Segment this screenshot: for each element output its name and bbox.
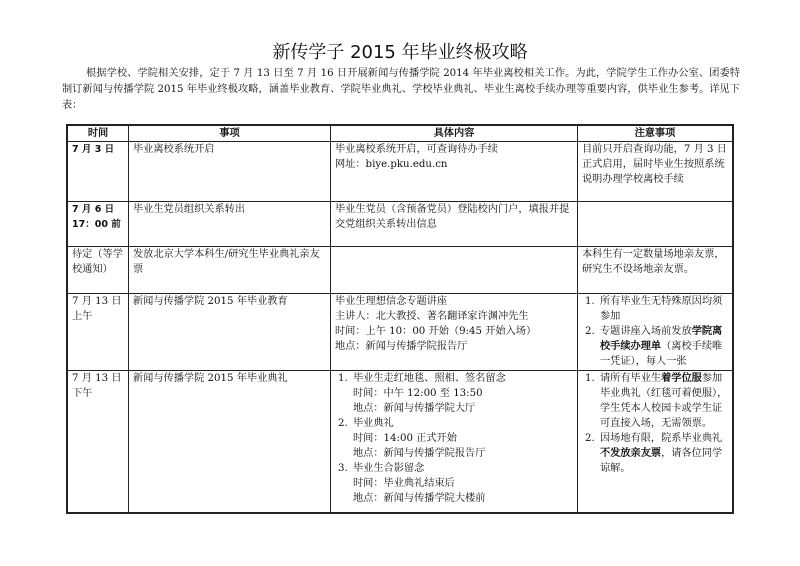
header-notes: 注意事项 [578, 125, 734, 142]
note-item: 专题讲座入场前发放学院离校手续办理单（离校手续唯一凭证），每人一张 [598, 324, 728, 369]
row-notes [578, 202, 734, 247]
header-time: 时间 [67, 125, 129, 142]
row-item: 新闻与传播学院 2015 年毕业典礼 [129, 371, 331, 513]
schedule-table: 时间 事项 具体内容 注意事项 7 月 3 日 毕业离校系统开启 毕业离校系统开… [66, 124, 734, 514]
table-row: 7 月 13 日 上午 新闻与传播学院 2015 年毕业教育 毕业生理想信念专题… [67, 294, 733, 371]
row-content: 毕业离校系统开启，可查询待办手续 网址：biye.pku.edu.cn [331, 142, 578, 202]
row-notes: 目前只开启查询功能，7 月 3 日正式启用，届时毕业生按照系统说明办理学校离校手… [578, 142, 734, 202]
row-item: 毕业生党员组织关系转出 [129, 202, 331, 247]
table-row: 7 月 13 日 下午 新闻与传播学院 2015 年毕业典礼 毕业生走红地毯、照… [67, 371, 733, 513]
note-item: 所有毕业生无特殊原因均须参加 [598, 294, 728, 324]
row-notes: 本科生有一定数量场地亲友票，研究生不设场地亲友票。 [578, 247, 734, 294]
row-content: 毕业生走红地毯、照相、签名留念 时间：中午 12:00 至 13:50 地点：新… [331, 371, 578, 513]
row-content: 毕业生理想信念专题讲座 主讲人：北大教授、著名翻译家许渊冲先生 时间：上午 10… [331, 294, 578, 371]
content-line: 时间：上午 10：00 开始（9:45 开始入场） [335, 324, 573, 339]
content-line: 地点：新闻与传播学院报告厅 [335, 339, 573, 354]
row-item: 新闻与传播学院 2015 年毕业教育 [129, 294, 331, 371]
row-content: 毕业生党员（含预备党员）登陆校内门户，填报并提交党组织关系转出信息 [331, 202, 578, 247]
content-line: 毕业生理想信念专题讲座 [335, 294, 573, 309]
content-item: 毕业生合影留念 时间：毕业典礼结束后 地点：新闻与传播学院大楼前 [351, 461, 573, 506]
row-item: 发放北京大学本科生/研究生毕业典礼亲友票 [129, 247, 331, 294]
row-item: 毕业离校系统开启 [129, 142, 331, 202]
header-content: 具体内容 [331, 125, 578, 142]
row-time: 待定（等学校通知） [67, 247, 129, 294]
row-time: 7 月 6 日 17：00 前 [67, 202, 129, 247]
note-item: 因场地有限，院系毕业典礼不发放亲友票，请各位同学谅解。 [598, 431, 728, 476]
table-row: 待定（等学校通知） 发放北京大学本科生/研究生毕业典礼亲友票 本科生有一定数量场… [67, 247, 733, 294]
content-line: 主讲人：北大教授、著名翻译家许渊冲先生 [335, 309, 573, 324]
intro-paragraph: 根据学校、学院相关安排，定于 7 月 13 日至 7 月 16 日开展新闻与传播… [62, 66, 740, 114]
table-row: 7 月 3 日 毕业离校系统开启 毕业离校系统开启，可查询待办手续 网址：biy… [67, 142, 733, 202]
document-title: 新传学子 2015 年毕业终极攻略 [0, 38, 800, 64]
row-notes: 请所有毕业生着学位服参加毕业典礼（红毯可着便服），学生凭本人校园卡或学生证可直接… [578, 371, 734, 513]
content-line: 毕业离校系统开启，可查询待办手续 [335, 142, 573, 157]
note-item: 请所有毕业生着学位服参加毕业典礼（红毯可着便服），学生凭本人校园卡或学生证可直接… [598, 371, 728, 431]
content-item: 毕业生走红地毯、照相、签名留念 时间：中午 12:00 至 13:50 地点：新… [351, 371, 573, 416]
row-time: 7 月 13 日 下午 [67, 371, 129, 513]
row-time: 7 月 13 日 上午 [67, 294, 129, 371]
content-item: 毕业典礼 时间：14:00 正式开始 地点：新闻与传播学院报告厅 [351, 416, 573, 461]
row-time: 7 月 3 日 [67, 142, 129, 202]
table-row: 7 月 6 日 17：00 前 毕业生党员组织关系转出 毕业生党员（含预备党员）… [67, 202, 733, 247]
website-link[interactable]: 网址：biye.pku.edu.cn [335, 157, 573, 172]
row-content [331, 247, 578, 294]
row-notes: 所有毕业生无特殊原因均须参加 专题讲座入场前发放学院离校手续办理单（离校手续唯一… [578, 294, 734, 371]
header-item: 事项 [129, 125, 331, 142]
table-header-row: 时间 事项 具体内容 注意事项 [67, 125, 733, 142]
